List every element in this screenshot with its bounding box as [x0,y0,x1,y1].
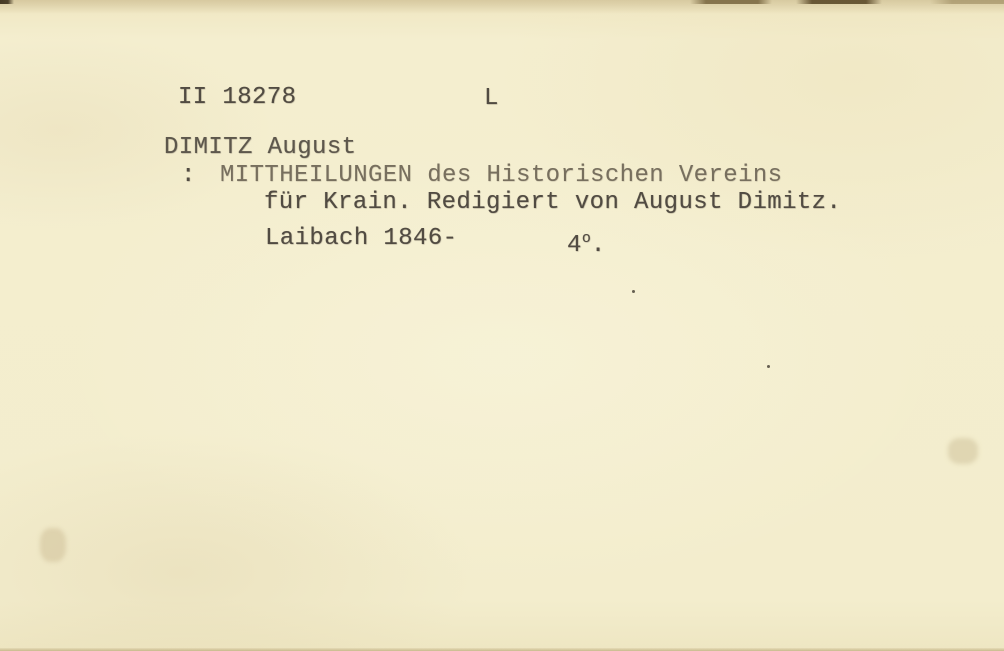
paper-smudge [40,528,66,562]
call-number: II 18278 [178,86,296,110]
scan-edge-top [0,0,1004,4]
title-colon: : [181,164,196,188]
format-base: 4 [567,232,582,259]
format-notation: 4o. [567,227,606,258]
title-line-2: für Krain. Redigiert von August Dimitz. [264,191,841,215]
ink-speck [632,290,635,293]
title-line-1: MITTHEILUNGEN des Historischen Vereins [220,164,783,188]
catalog-card: II 18278 L DIMITZ August : MITTHEILUNGEN… [0,0,1004,651]
format-superscript: o [582,230,591,247]
paper-smudge [948,438,978,464]
format-dot: . [591,232,606,259]
shelf-letter: L [484,87,499,111]
author-heading: DIMITZ August [164,136,356,160]
ink-speck [767,365,770,368]
imprint-place-date: Laibach 1846- [265,227,457,251]
